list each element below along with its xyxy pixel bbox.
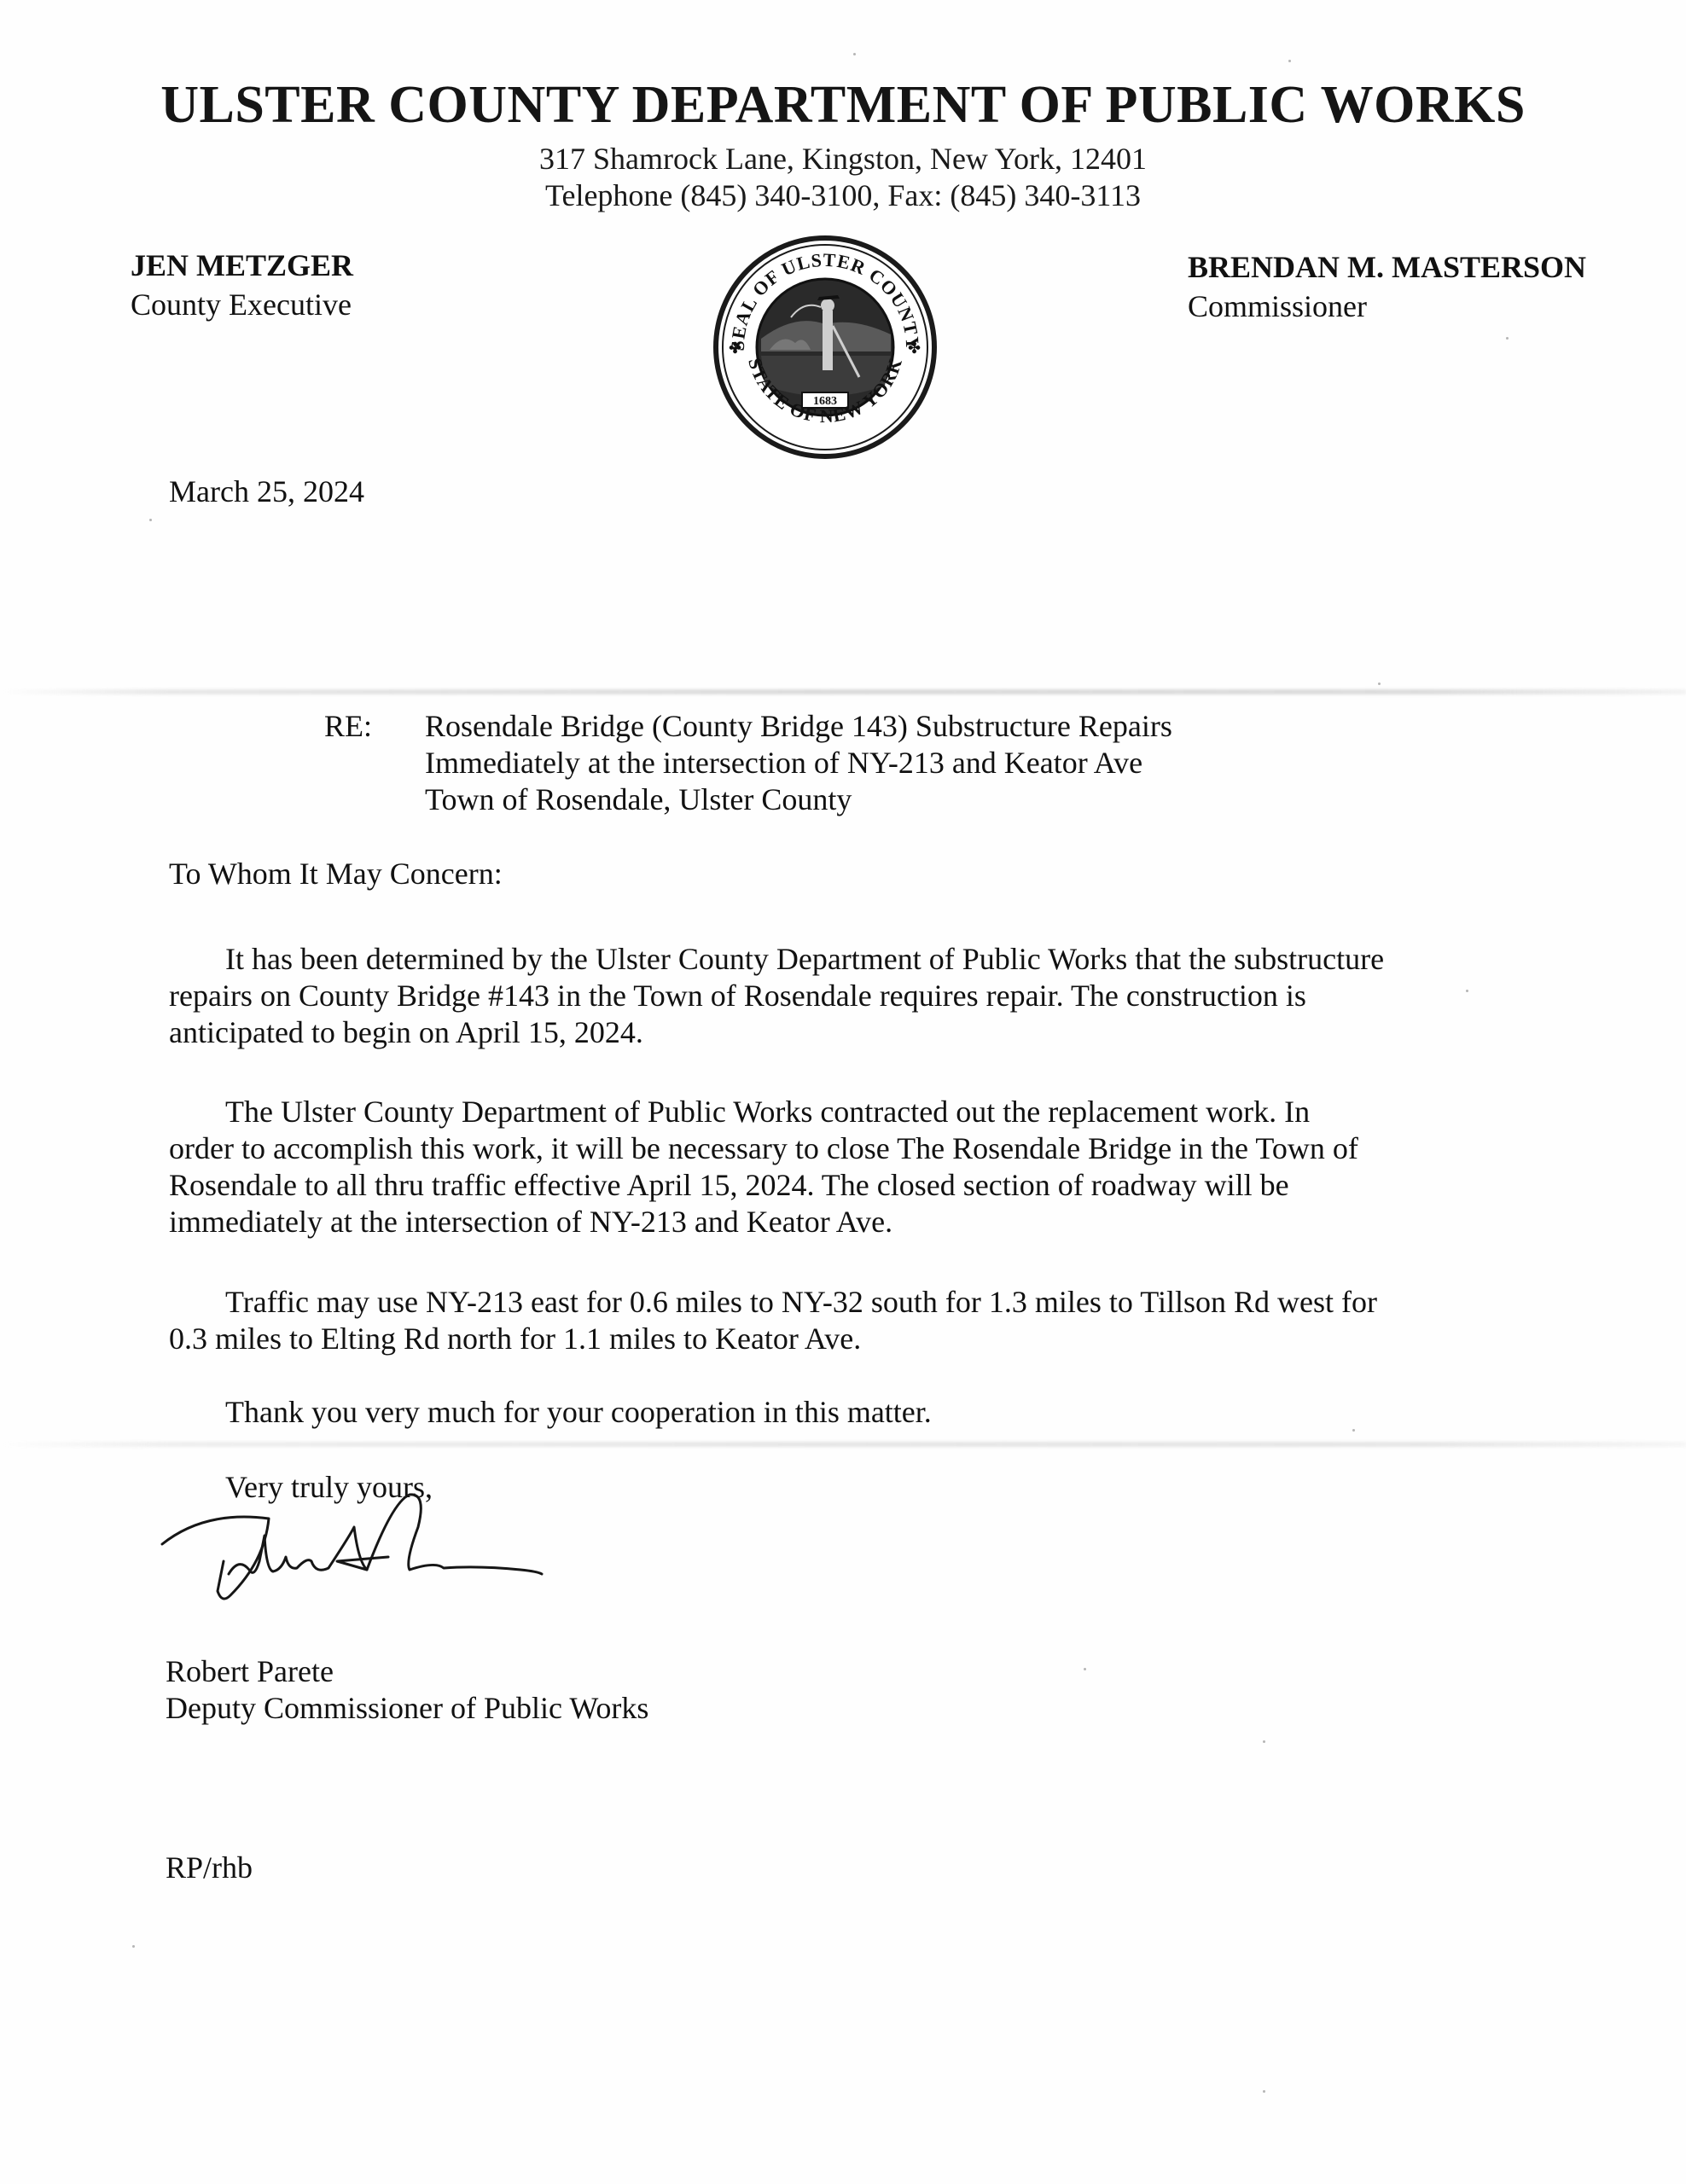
scan-speck xyxy=(853,53,856,55)
county-executive-title: County Executive xyxy=(131,287,353,322)
scan-speck xyxy=(1263,1740,1265,1743)
paragraph-detour: Traffic may use NY-213 east for 0.6 mile… xyxy=(169,1284,1500,1357)
re-line: Rosendale Bridge (County Bridge 143) Sub… xyxy=(425,708,1172,745)
paragraph-line: It has been determined by the Ulster Cou… xyxy=(169,941,1500,978)
handwritten-signature-icon xyxy=(154,1476,597,1612)
salutation: To Whom It May Concern: xyxy=(169,856,503,892)
signer-name: Robert Parete xyxy=(166,1653,334,1689)
scan-speck xyxy=(1263,2090,1265,2093)
scan-speck xyxy=(1288,60,1291,62)
county-executive-block: JEN METZGER County Executive xyxy=(131,247,353,322)
paragraph-thanks: Thank you very much for your cooperation… xyxy=(169,1394,1500,1431)
commissioner-title: Commissioner xyxy=(1188,288,1586,324)
paragraph-line: Thank you very much for your cooperation… xyxy=(169,1394,1500,1431)
scan-speck xyxy=(1352,1429,1355,1432)
reference-initials: RP/rhb xyxy=(166,1850,253,1885)
commissioner-block: BRENDAN M. MASTERSON Commissioner xyxy=(1188,249,1586,324)
paragraph-line: anticipated to begin on April 15, 2024. xyxy=(169,1014,1500,1051)
signer-title: Deputy Commissioner of Public Works xyxy=(166,1690,648,1726)
paragraph-line: immediately at the intersection of NY-21… xyxy=(169,1204,1500,1240)
scan-speck xyxy=(132,1945,135,1948)
paragraph-construction-notice: It has been determined by the Ulster Cou… xyxy=(169,941,1500,1051)
paragraph-line: repairs on County Bridge #143 in the Tow… xyxy=(169,978,1500,1014)
letter-page: ULSTER COUNTY DEPARTMENT OF PUBLIC WORKS… xyxy=(0,0,1686,2184)
scan-speck xyxy=(149,519,152,521)
paragraph-line: 0.3 miles to Elting Rd north for 1.1 mil… xyxy=(169,1321,1500,1357)
paragraph-line: order to accomplish this work, it will b… xyxy=(169,1130,1500,1167)
paper-fold-line xyxy=(0,689,1686,694)
county-seal-icon: 1683 SEAL OF ULSTER COUNTY STATE OF NEW … xyxy=(710,232,940,462)
re-line: Immediately at the intersection of NY-21… xyxy=(425,745,1172,781)
paragraph-closure-notice: The Ulster County Department of Public W… xyxy=(169,1094,1500,1240)
letter-date: March 25, 2024 xyxy=(169,473,364,509)
scan-speck xyxy=(1378,682,1381,685)
department-contact: Telephone (845) 340-3100, Fax: (845) 340… xyxy=(0,177,1686,213)
re-subject: Rosendale Bridge (County Bridge 143) Sub… xyxy=(425,708,1172,818)
paragraph-line: Rosendale to all thru traffic effective … xyxy=(169,1167,1500,1204)
re-label: RE: xyxy=(324,708,372,744)
commissioner-name: BRENDAN M. MASTERSON xyxy=(1188,249,1586,285)
paragraph-line: Traffic may use NY-213 east for 0.6 mile… xyxy=(169,1284,1500,1321)
re-line: Town of Rosendale, Ulster County xyxy=(425,781,1172,818)
scan-speck xyxy=(1466,990,1468,992)
paragraph-line: The Ulster County Department of Public W… xyxy=(169,1094,1500,1130)
county-executive-name: JEN METZGER xyxy=(131,247,353,283)
scan-speck xyxy=(1084,1668,1086,1670)
svg-text:✤: ✤ xyxy=(908,340,921,357)
paper-fold-line xyxy=(0,1442,1686,1447)
svg-text:✤: ✤ xyxy=(729,340,741,357)
scan-speck xyxy=(1506,337,1509,340)
department-title: ULSTER COUNTY DEPARTMENT OF PUBLIC WORKS xyxy=(0,75,1686,136)
department-address: 317 Shamrock Lane, Kingston, New York, 1… xyxy=(0,141,1686,177)
